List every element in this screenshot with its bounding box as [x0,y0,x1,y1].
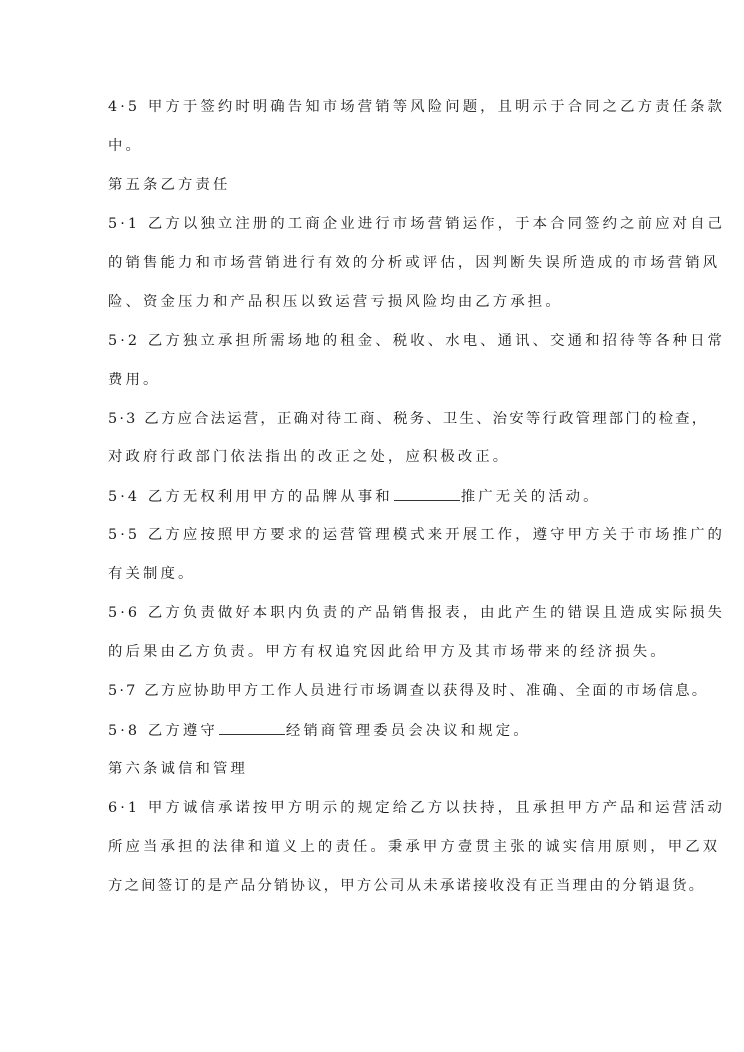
clause-4-5-line-2: 中。 [108,135,638,174]
clause-6-1-line-3: 方之间签订的是产品分销协议，甲方公司从未承诺接收没有正当理由的分销退货。 [108,875,638,914]
clause-4-5-line-1: 4·5 甲方于签约时明确告知市场营销等风险问题，且明示于合同之乙方责任条款 [108,96,638,135]
clause-5-6-line-1: 5·6 乙方负责做好本职内负责的产品销售报表，由此产生的错误且造成实际损失 [108,602,638,641]
clause-5-4: 5·4 乙方无权利用甲方的品牌从事和推广无关的活动。 [108,485,638,524]
clause-5-5-line-2: 有关制度。 [108,563,638,602]
clause-5-8: 5·8 乙方遵守经销商管理委员会决议和规定。 [108,719,638,758]
clause-5-4-after: 推广无关的活动。 [461,489,601,505]
clause-5-5-line-1: 5·5 乙方应按照甲方要求的运营管理模式来开展工作，遵守甲方关于市场推广的 [108,524,638,563]
clause-5-1-line-3: 险、资金压力和产品积压以致运营亏损风险均由乙方承担。 [108,291,638,330]
clause-5-3-line-2: 对政府行政部门依法指出的改正之处，应积极改正。 [108,446,638,485]
clause-5-2-line-2: 费用。 [108,369,638,408]
clause-6-1-line-1: 6·1 甲方诚信承诺按甲方明示的规定给乙方以扶持，且承担甲方产品和运营活动 [108,797,638,836]
fill-in-blank [219,719,285,735]
clause-5-2-line-1: 5·2 乙方独立承担所需场地的租金、税收、水电、通讯、交通和招待等各种日常 [108,330,638,369]
article-6-heading: 第六条诚信和管理 [108,758,638,797]
clause-5-8-before: 5·8 乙方遵守 [108,723,218,739]
clause-5-8-after: 经销商管理委员会决议和规定。 [286,723,531,739]
clause-5-3-line-1: 5·3 乙方应合法运营，正确对待工商、税务、卫生、治安等行政管理部门的检查， [108,408,638,447]
clause-5-6-line-2: 的后果由乙方负责。甲方有权追究因此给甲方及其市场带来的经济损失。 [108,641,638,680]
article-5-heading: 第五条乙方责任 [108,174,638,213]
clause-6-1-line-2: 所应当承担的法律和道义上的责任。秉承甲方壹贯主张的诚实信用原则，甲乙双 [108,836,638,875]
clause-5-7: 5·7 乙方应协助甲方工作人员进行市场调查以获得及时、准确、全面的市场信息。 [108,680,638,719]
clause-5-1-line-1: 5·1 乙方以独立注册的工商企业进行市场营销运作，于本合同签约之前应对自己 [108,213,638,252]
clause-5-1-line-2: 的销售能力和市场营销进行有效的分析或评估，因判断失误所造成的市场营销风 [108,252,638,291]
clause-5-4-before: 5·4 乙方无权利用甲方的品牌从事和 [108,489,393,505]
fill-in-blank [394,485,460,501]
document-page: 4·5 甲方于签约时明确告知市场营销等风险问题，且明示于合同之乙方责任条款 中。… [108,96,638,914]
